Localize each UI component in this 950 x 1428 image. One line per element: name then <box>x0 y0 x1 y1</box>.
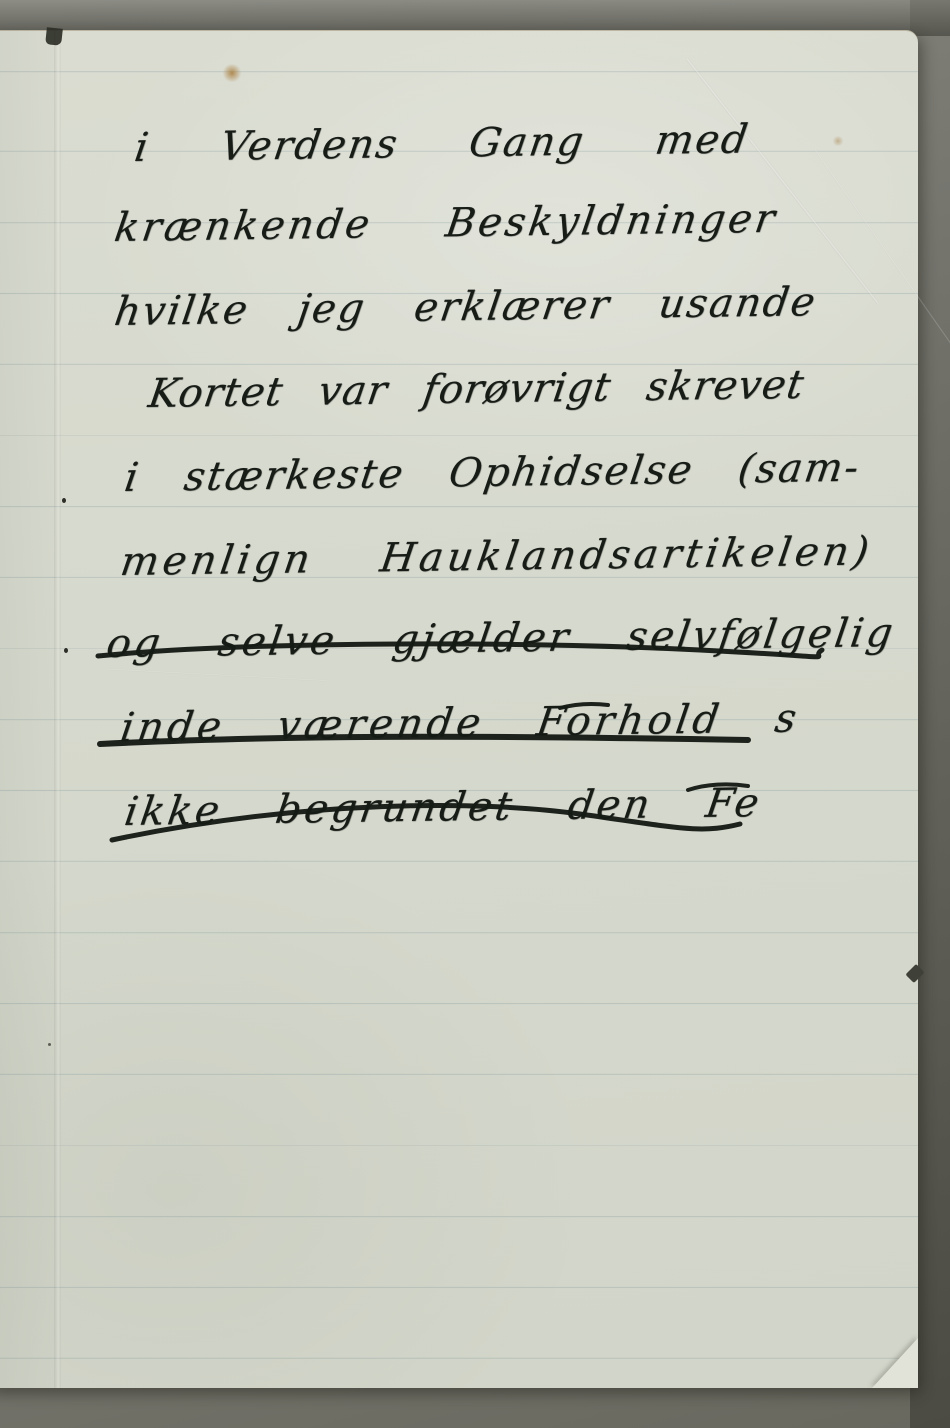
line-text: krænkende Beskyldninger <box>112 196 781 251</box>
manuscript-line-6: menlign Hauklandsartikelen) <box>118 532 875 582</box>
manuscript-line-9-struck: ikke begrundet den Fe <box>122 783 764 832</box>
handwriting-layer: i Verdens Gang med krænkende Beskyldning… <box>0 0 950 1428</box>
manuscript-line-7-struck: og selve gjælder selvfølgelig <box>104 613 898 664</box>
manuscript-line-8-struck: inde værende Forhold s <box>118 699 803 748</box>
manuscript-line-3: hvilke jeg erklærer usande <box>112 282 819 332</box>
line-text: hvilke jeg erklærer usande <box>112 279 820 335</box>
manuscript-line-2: krænkende Beskyldninger <box>112 199 780 248</box>
line-text: menlign Hauklandsartikelen) <box>118 529 876 585</box>
photograph-of-manuscript: i Verdens Gang med krænkende Beskyldning… <box>0 0 950 1428</box>
manuscript-line-4: Kortet var forøvrigt skrevet <box>146 365 807 414</box>
line-text: inde værende Forhold s <box>118 696 804 751</box>
manuscript-line-5: i stærkeste Ophidselse (sam- <box>122 448 863 498</box>
line-text: og selve gjælder selvfølgelig <box>104 610 899 667</box>
line-text: i stærkeste Ophidselse (sam- <box>122 445 864 501</box>
line-text: ikke begrundet den Fe <box>122 780 765 835</box>
line-text: Kortet var forøvrigt skrevet <box>146 362 808 417</box>
line-text: i Verdens Gang med <box>132 116 753 171</box>
manuscript-line-1: i Verdens Gang med <box>132 119 752 168</box>
